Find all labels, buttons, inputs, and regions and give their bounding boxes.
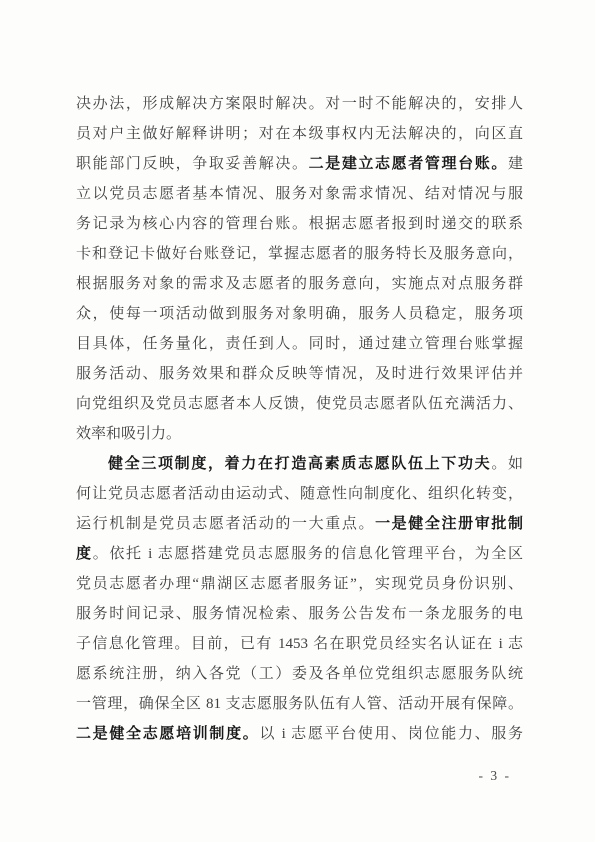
text-segment: 立以党员志愿者基本情况、服务对象需求情况、结对情况与服 [76, 186, 523, 202]
text-line: 根据服务对象的需求及志愿者的服务意向，实施点对点服务群 [76, 269, 523, 299]
bold-heading-segment: 二是建立志愿者管理台账。 [309, 156, 508, 172]
text-segment: 。如 [491, 456, 523, 472]
text-line: 众，使每一项活动做到服务对象明确，服务人员稳定，服务项 [76, 299, 523, 329]
text-line: 决办法，形成解决方案限时解决。对一时不能解决的，安排人 [76, 89, 523, 119]
text-line: 运行机制是党员志愿者活动的一大重点。一是健全注册审批制 [76, 509, 523, 539]
document-page: 决办法，形成解决方案限时解决。对一时不能解决的，安排人员对户主做好解释讲明；对在… [0, 0, 595, 842]
text-line: 职能部门反映，争取妥善解决。二是建立志愿者管理台账。建 [76, 149, 523, 179]
text-line: 子信息化管理。目前，已有 1453 名在职党员经实名认证在 i 志 [76, 629, 523, 659]
text-segment: 卡和登记卡做好台账登记，掌握志愿者的服务特长及服务意向， [76, 246, 523, 262]
text-line: 卡和登记卡做好台账登记，掌握志愿者的服务特长及服务意向， [76, 239, 523, 269]
text-segment: 建 [508, 156, 523, 172]
text-segment: 根据服务对象的需求及志愿者的服务意向，实施点对点服务群 [76, 276, 523, 292]
text-line: 健全三项制度，着力在打造高素质志愿队伍上下功夫。如 [76, 449, 523, 479]
bold-heading-segment: 度 [76, 546, 93, 562]
page-number: - 3 - [479, 766, 512, 786]
text-line: 愿系统注册，纳入各党（工）委及各单位党组织志愿服务队统 [76, 659, 523, 689]
text-segment: 向党组织及党员志愿者本人反馈，使党员志愿者队伍充满活力、 [76, 396, 523, 412]
text-segment: 一管理，确保全区 81 支志愿服务队伍有人管、活动开展有保障。 [76, 696, 523, 712]
text-segment: 何让党员志愿者活动由运动式、随意性向制度化、组织化转变， [76, 486, 523, 502]
text-line: 党员志愿者办理“鼎湖区志愿者服务证”，实现党员身份识别、 [76, 569, 523, 599]
text-line: 向党组织及党员志愿者本人反馈，使党员志愿者队伍充满活力、 [76, 389, 523, 419]
text-line: 度。依托 i 志愿搭建党员志愿服务的信息化管理平台，为全区 [76, 539, 523, 569]
text-line: 一管理，确保全区 81 支志愿服务队伍有人管、活动开展有保障。 [76, 689, 523, 719]
text-segment: 。依托 i 志愿搭建党员志愿服务的信息化管理平台，为全区 [93, 546, 523, 562]
text-segment: 运行机制是党员志愿者活动的一大重点。 [76, 516, 375, 532]
text-line: 二是健全志愿培训制度。以 i 志愿平台使用、岗位能力、服务 [76, 719, 523, 749]
text-line: 何让党员志愿者活动由运动式、随意性向制度化、组织化转变， [76, 479, 523, 509]
text-line: 服务时间记录、服务情况检索、服务公告发布一条龙服务的电 [76, 599, 523, 629]
text-line: 服务活动、服务效果和群众反映等情况，及时进行效果评估并 [76, 359, 523, 389]
text-segment: 众，使每一项活动做到服务对象明确，服务人员稳定，服务项 [76, 306, 523, 322]
bold-heading-segment: 健全三项制度，着力在打造高素质志愿队伍上下功夫 [108, 456, 491, 472]
text-segment: 以 i 志愿平台使用、岗位能力、服务 [259, 726, 523, 742]
text-line: 务记录为核心内容的管理台账。根据志愿者报到时递交的联系 [76, 209, 523, 239]
text-line: 员对户主做好解释讲明；对在本级事权内无法解决的，向区直 [76, 119, 523, 149]
text-line: 立以党员志愿者基本情况、服务对象需求情况、结对情况与服 [76, 179, 523, 209]
text-line: 效率和吸引力。 [76, 419, 523, 449]
text-segment: 服务时间记录、服务情况检索、服务公告发布一条龙服务的电 [76, 606, 523, 622]
text-segment: 目具体，任务量化，责任到人。同时，通过建立管理台账掌握 [76, 336, 523, 352]
text-segment: 职能部门反映，争取妥善解决。 [76, 156, 309, 172]
text-line: 目具体，任务量化，责任到人。同时，通过建立管理台账掌握 [76, 329, 523, 359]
text-segment: 服务活动、服务效果和群众反映等情况，及时进行效果评估并 [76, 366, 523, 382]
text-segment: 员对户主做好解释讲明；对在本级事权内无法解决的，向区直 [76, 126, 523, 142]
text-segment: 子信息化管理。目前，已有 1453 名在职党员经实名认证在 i 志 [76, 636, 523, 652]
text-segment: 愿系统注册，纳入各党（工）委及各单位党组织志愿服务队统 [76, 666, 523, 682]
text-segment: 决办法，形成解决方案限时解决。对一时不能解决的，安排人 [76, 96, 523, 112]
text-segment: 效率和吸引力。 [76, 426, 181, 442]
bold-heading-segment: 一是健全注册审批制 [375, 516, 523, 532]
text-segment: 务记录为核心内容的管理台账。根据志愿者报到时递交的联系 [76, 216, 523, 232]
document-body-text: 决办法，形成解决方案限时解决。对一时不能解决的，安排人员对户主做好解释讲明；对在… [76, 89, 523, 749]
bold-heading-segment: 二是健全志愿培训制度。 [76, 726, 259, 742]
text-segment: 党员志愿者办理“鼎湖区志愿者服务证”，实现党员身份识别、 [76, 576, 523, 592]
